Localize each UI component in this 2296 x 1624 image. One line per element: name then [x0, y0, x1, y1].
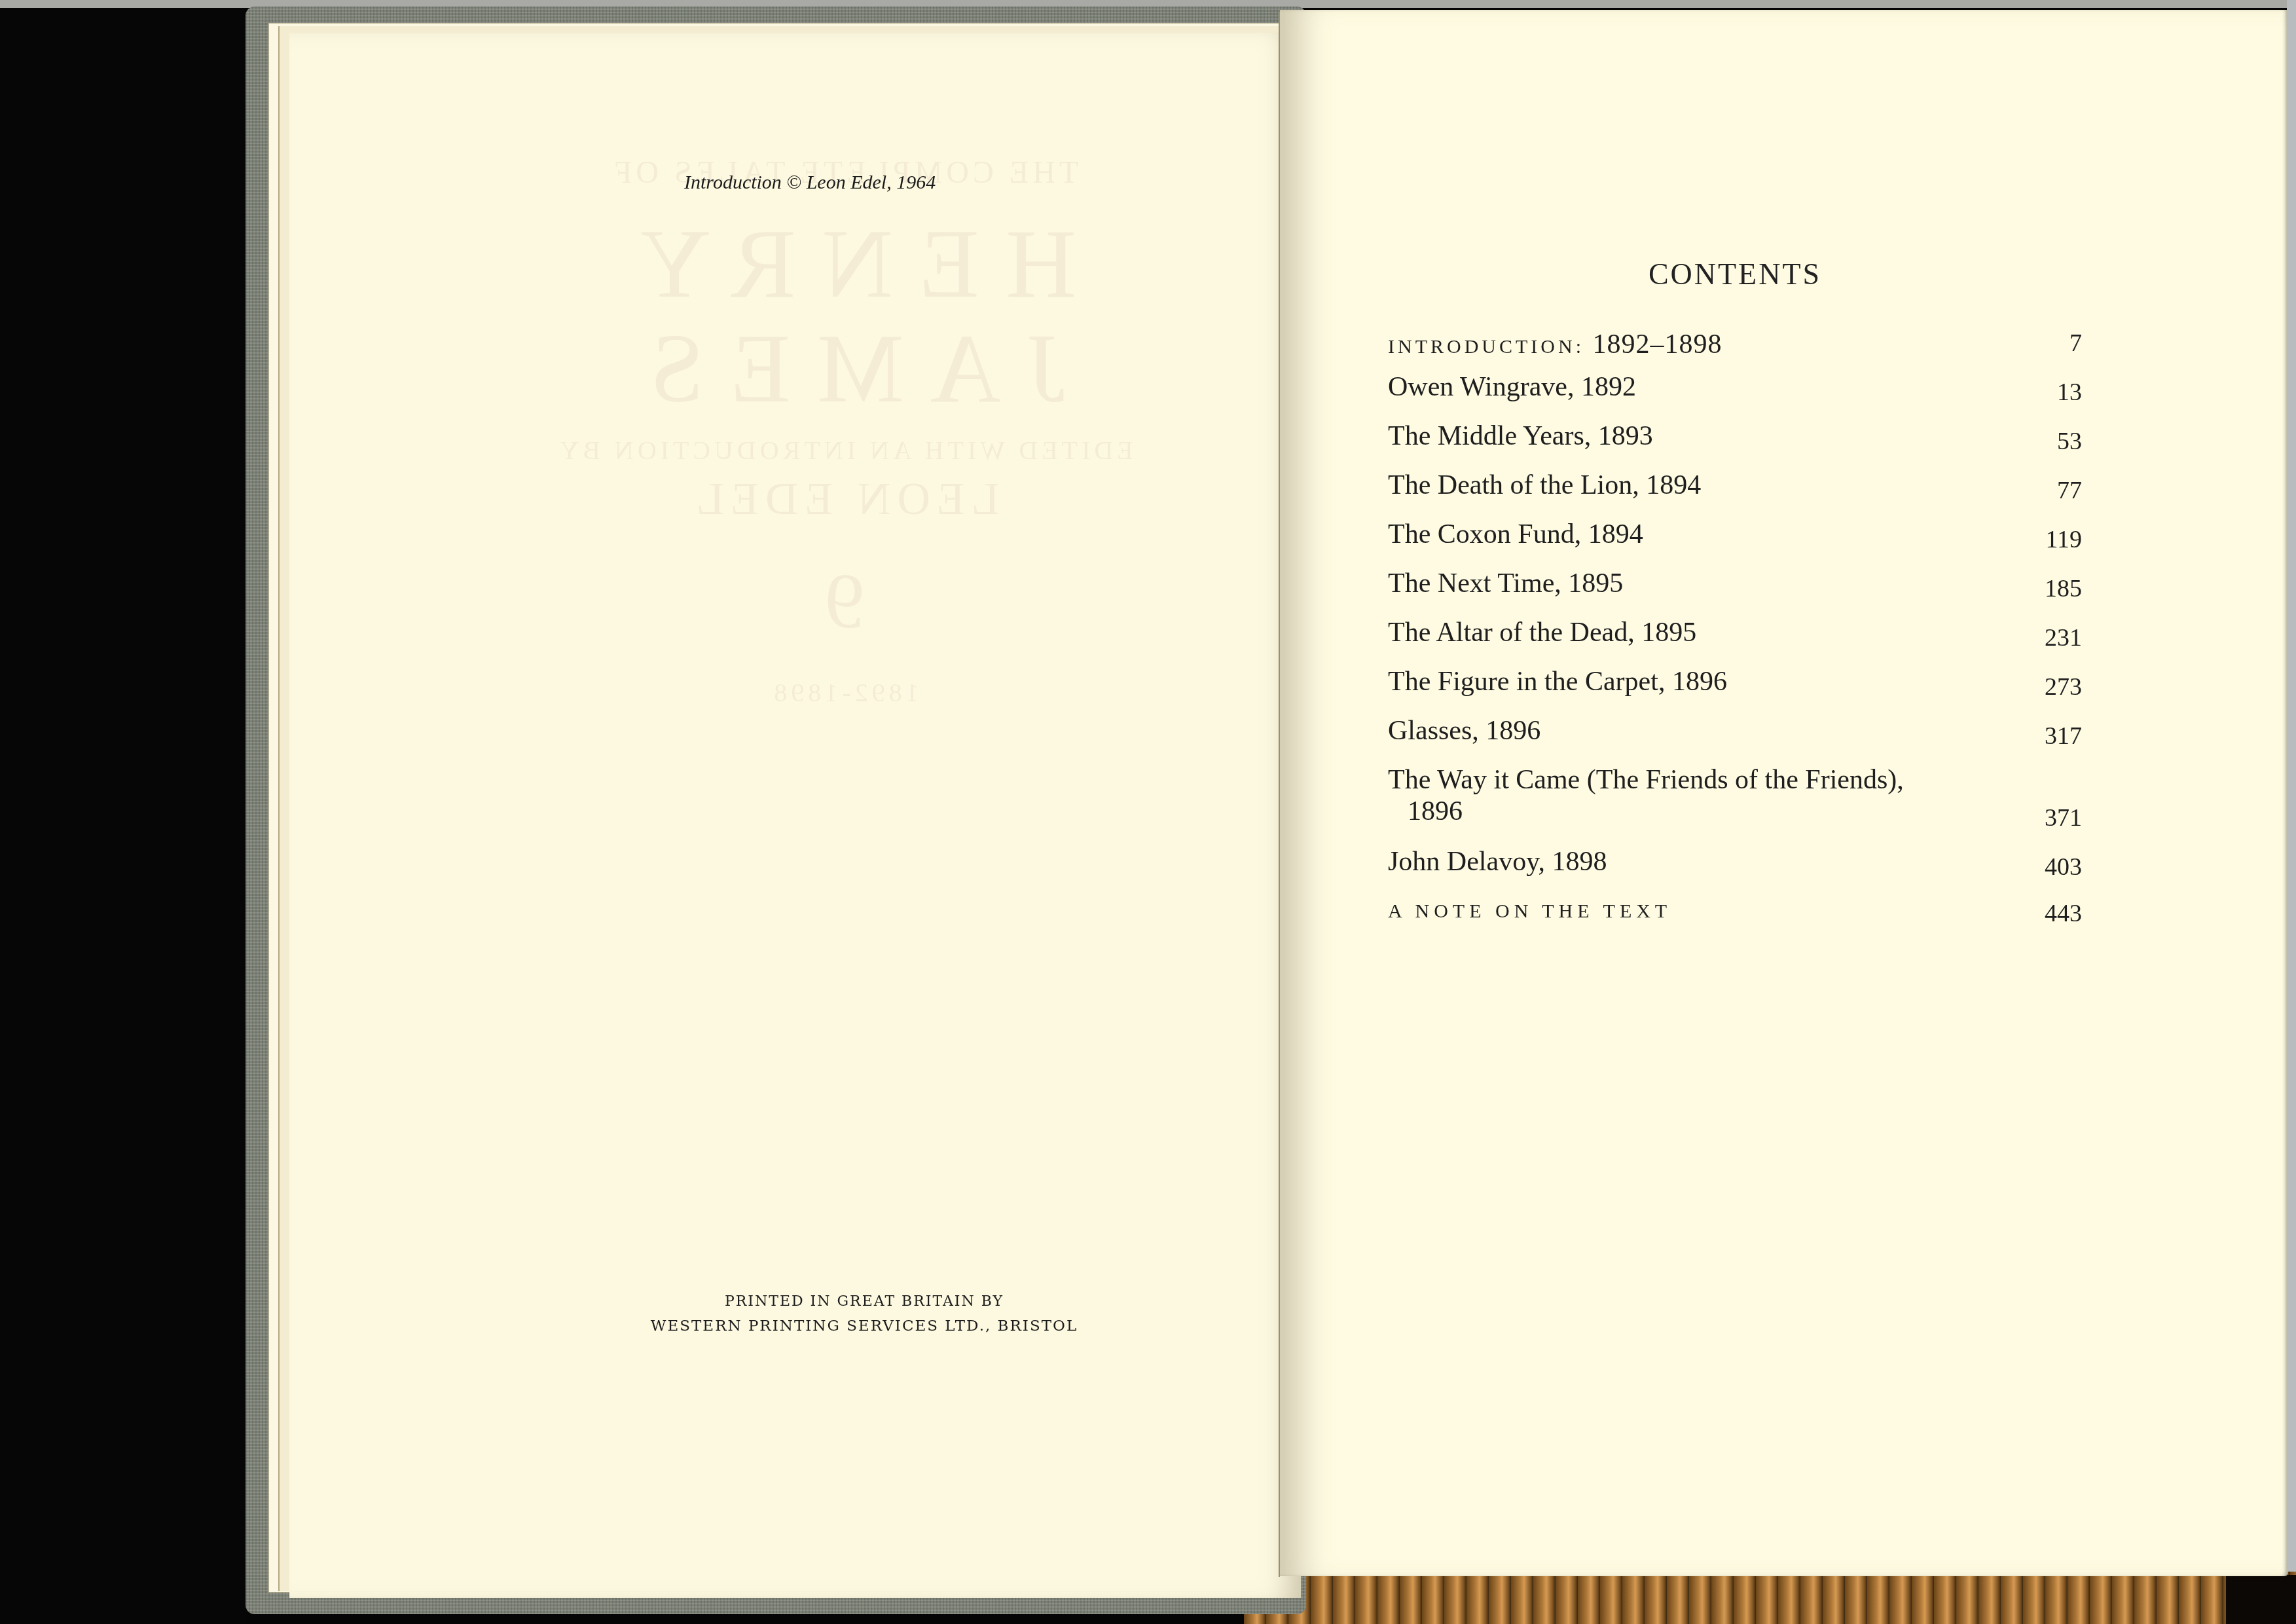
toc-title-years: 1892–1898 [1592, 329, 1722, 360]
toc-title-continuation: 1896 [1388, 796, 1904, 827]
toc-page-number: 317 [2045, 722, 2082, 750]
toc-page-number: 231 [2045, 623, 2082, 652]
toc-title: INTRODUCTION: 1892–1898 [1388, 329, 1722, 360]
toc-entry: Owen Wingrave, 1892 13 [1388, 371, 2082, 420]
toc-title: The Middle Years, 1893 [1388, 420, 1653, 452]
toc-entry: INTRODUCTION: 1892–1898 7 [1388, 322, 2082, 371]
toc-entry: The Death of the Lion, 1894 77 [1388, 470, 2082, 519]
toc-page-number: 403 [2045, 853, 2082, 881]
toc-entry: Glasses, 1896 317 [1388, 715, 2082, 764]
toc-entry: John Delavoy, 1898 403 [1388, 846, 2082, 895]
toc-entry: The Figure in the Carpet, 1896 273 [1388, 666, 2082, 715]
toc-entry: The Coxon Fund, 1894 119 [1388, 519, 2082, 568]
toc-page-number: 185 [2045, 574, 2082, 603]
toc-title: The Way it Came (The Friends of the Frie… [1388, 764, 1904, 827]
left-page [289, 33, 1301, 1598]
toc-title: The Death of the Lion, 1894 [1388, 470, 1701, 501]
toc-title: A NOTE ON THE TEXT [1388, 900, 1671, 923]
scan-corner-shadow [2226, 1575, 2296, 1624]
scan-background [0, 8, 247, 1624]
toc-title: The Altar of the Dead, 1895 [1388, 617, 1696, 648]
scanner-right-edge [2287, 0, 2296, 1572]
toc-title-text: The Way it Came (The Friends of the Frie… [1388, 765, 1904, 795]
toc-title: The Next Time, 1895 [1388, 568, 1623, 599]
toc-entry: The Altar of the Dead, 1895 231 [1388, 617, 2082, 666]
toc-entry: A NOTE ON THE TEXT 443 [1388, 895, 2082, 944]
toc-entry: The Next Time, 1895 185 [1388, 568, 2082, 617]
toc-title: The Coxon Fund, 1894 [1388, 519, 1643, 550]
table-of-contents: INTRODUCTION: 1892–1898 7 Owen Wingrave,… [1388, 322, 2082, 944]
toc-title: Glasses, 1896 [1388, 715, 1540, 747]
toc-page-number: 7 [2069, 329, 2082, 358]
contents-heading: CONTENTS [1604, 257, 1866, 291]
toc-page-number: 273 [2045, 673, 2082, 701]
toc-page-number: 53 [2057, 427, 2082, 456]
toc-entry: The Middle Years, 1893 53 [1388, 420, 2082, 470]
gutter [1279, 12, 1280, 1577]
toc-page-number: 443 [2045, 899, 2082, 928]
toc-page-number: 77 [2057, 476, 2082, 505]
toc-title: The Figure in the Carpet, 1896 [1388, 666, 1727, 697]
toc-page-number: 371 [2045, 803, 2082, 832]
toc-page-number: 13 [2057, 378, 2082, 407]
printer-imprint-line2: WESTERN PRINTING SERVICES LTD., BRISTOL [602, 1318, 1126, 1335]
toc-page-number: 119 [2045, 525, 2082, 554]
scan-bed-stripes [1244, 1568, 2296, 1624]
toc-title-text: INTRODUCTION: [1388, 336, 1592, 358]
copyright-notice: Introduction © Leon Edel, 1964 [684, 172, 936, 194]
printer-imprint-line1: PRINTED IN GREAT BRITAIN BY [602, 1293, 1126, 1310]
toc-title: Owen Wingrave, 1892 [1388, 371, 1636, 403]
toc-title: John Delavoy, 1898 [1388, 846, 1607, 877]
toc-entry: The Way it Came (The Friends of the Frie… [1388, 764, 2082, 846]
